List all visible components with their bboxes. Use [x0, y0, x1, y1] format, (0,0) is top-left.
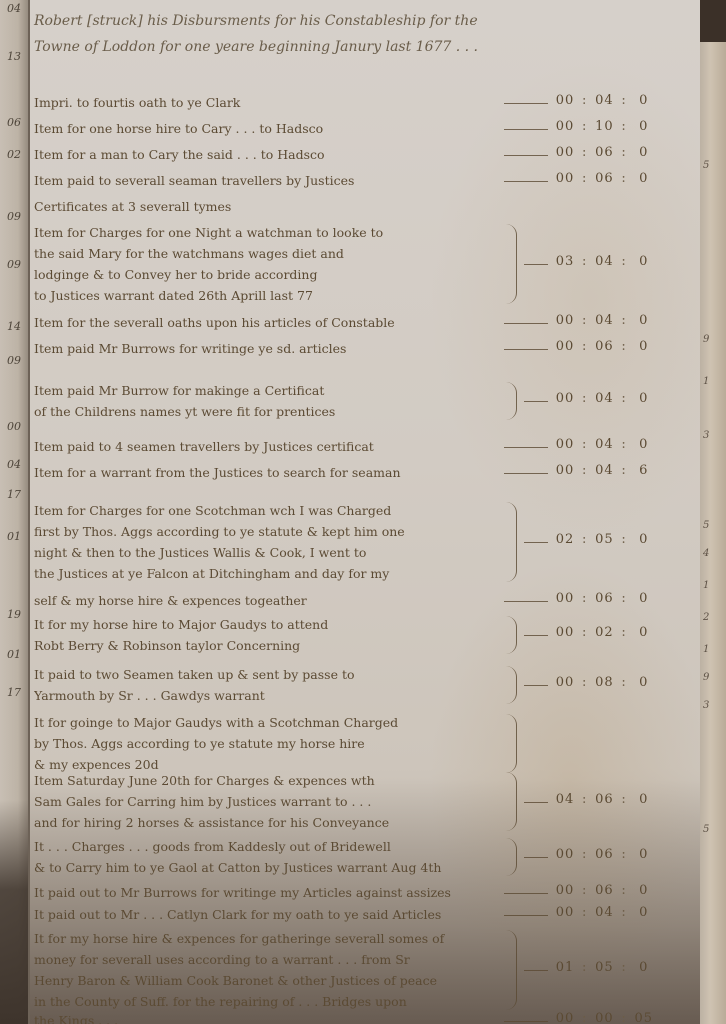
amount-separator: : [621, 463, 626, 478]
amount-separator: : [582, 254, 587, 269]
entry-line: Impri. to fourtis oath to ye Clark [34, 92, 504, 113]
entry-amount: 00:10:0 [554, 119, 694, 134]
edge-mark: 5 [703, 160, 725, 171]
entry-line: the said Mary for the watchmans wages di… [34, 243, 504, 264]
edge-mark: 1 [703, 644, 725, 655]
pence-value: 0 [633, 254, 655, 269]
entry-line: first by Thos. Aggs according to ye stat… [34, 521, 504, 542]
leader-line [524, 857, 548, 858]
entry-line: It paid out to Mr Burrows for writinge m… [34, 882, 504, 903]
leader-line [524, 542, 548, 543]
entry-line: Henry Baron & William Cook Baronet & oth… [34, 970, 504, 991]
amount-separator: : [582, 883, 587, 898]
amount-separator: : [621, 625, 626, 640]
leader-line [504, 447, 548, 448]
entry-amount: 00:06:0 [554, 591, 694, 606]
shillings-value: 02 [593, 625, 615, 640]
entry-text: It paid to two Seamen taken up & sent by… [34, 664, 504, 706]
shillings-value: 08 [593, 675, 615, 690]
amount-separator: : [582, 93, 587, 108]
amount-separator: : [621, 883, 626, 898]
amount-separator: : [621, 792, 626, 807]
pence-value: 0 [633, 847, 655, 862]
shillings-value: 05 [593, 960, 615, 975]
edge-mark: 1 [703, 580, 725, 591]
shillings-value: 06 [593, 339, 615, 354]
entry-amount: 02:05:0 [554, 532, 694, 547]
pounds-value: 02 [554, 532, 576, 547]
margin-number: 19 [2, 608, 26, 621]
entry-line: It . . . Charges . . . goods from Kaddes… [34, 836, 504, 857]
shillings-value: 04 [593, 313, 615, 328]
entry-amount: 00:06:0 [554, 847, 694, 862]
leader-line [504, 1021, 548, 1022]
entry-text: It paid out to Mr Burrows for writinge m… [34, 882, 504, 903]
entry-line: Item Saturday June 20th for Charges & ex… [34, 770, 504, 791]
entry-amount: 00:04:0 [554, 437, 694, 452]
pence-value: 0 [633, 171, 655, 186]
pence-value: 0 [633, 437, 655, 452]
amount-separator: : [621, 145, 626, 160]
amount-separator: : [621, 905, 626, 920]
entry-text: Impri. to fourtis oath to ye Clark [34, 92, 504, 113]
leader-line [524, 401, 548, 402]
shillings-value: 06 [593, 171, 615, 186]
entry-amount: 00:04:6 [554, 463, 694, 478]
entry-text: Item paid Mr Burrow for makinge a Certif… [34, 380, 504, 422]
pounds-value: 00 [554, 171, 576, 186]
leader-line [504, 323, 548, 324]
edge-mark: 9 [703, 334, 725, 345]
leader-line [524, 685, 548, 686]
entry-text: Item for the severall oaths upon his art… [34, 312, 504, 333]
entry-line: Yarmouth by Sr . . . Gawdys warrant [34, 685, 504, 706]
amount-separator: : [621, 847, 626, 862]
margin-number: 09 [2, 354, 26, 367]
margin-number: 17 [2, 686, 26, 699]
entry-amount: 00:04:0 [554, 391, 694, 406]
entry-line: and for hiring 2 horses & assistance for… [34, 812, 504, 833]
pounds-value: 00 [554, 391, 576, 406]
pounds-value: 01 [554, 960, 576, 975]
leader-line [504, 473, 548, 474]
entry-line: self & my horse hire & expences togeathe… [34, 590, 504, 611]
shillings-value: 04 [593, 391, 615, 406]
leader-line [504, 155, 548, 156]
entry-line: lodginge & to Convey her to bride accord… [34, 264, 504, 285]
amount-separator: : [621, 591, 626, 606]
leader-line [504, 181, 548, 182]
brace [506, 616, 517, 654]
entry-text: the Kings . . . [34, 1010, 504, 1024]
entry-line: Item paid to 4 seamen travellers by Just… [34, 436, 504, 457]
margin-number: 01 [2, 648, 26, 661]
pounds-value: 00 [554, 625, 576, 640]
entry-amount: 03:04:0 [554, 254, 694, 269]
entry-text: It . . . Charges . . . goods from Kaddes… [34, 836, 504, 878]
pence-value: 0 [633, 532, 655, 547]
shillings-value: 06 [593, 792, 615, 807]
edge-mark: 9 [703, 672, 725, 683]
entry-line: Certificates at 3 severall tymes [34, 196, 504, 217]
margin-number: 04 [2, 2, 26, 15]
entry-amount: 00:06:0 [554, 339, 694, 354]
pounds-value: 00 [554, 591, 576, 606]
entry-line: It for goinge to Major Gaudys with a Sco… [34, 712, 504, 733]
entry-amount: 00:06:0 [554, 145, 694, 160]
shillings-value: 10 [593, 119, 615, 134]
edge-mark: 5 [703, 520, 725, 531]
leader-line [524, 635, 548, 636]
entry-line: Item for the severall oaths upon his art… [34, 312, 504, 333]
amount-separator: : [582, 905, 587, 920]
amount-separator: : [621, 339, 626, 354]
entry-text: Item Saturday June 20th for Charges & ex… [34, 770, 504, 833]
entry-text: It paid out to Mr . . . Catlyn Clark for… [34, 904, 504, 925]
shillings-value: 06 [593, 145, 615, 160]
amount-separator: : [582, 391, 587, 406]
amount-separator: : [582, 532, 587, 547]
pence-value: 0 [633, 591, 655, 606]
leader-line [524, 802, 548, 803]
entry-line: It paid to two Seamen taken up & sent by… [34, 664, 504, 685]
entry-text: Item for Charges for one Night a watchma… [34, 222, 504, 306]
pounds-value: 00 [554, 93, 576, 108]
amount-separator: : [582, 960, 587, 975]
margin-number: 01 [2, 530, 26, 543]
edge-mark: 3 [703, 430, 725, 441]
entry-amount: 00:06:0 [554, 171, 694, 186]
pounds-value: 00 [554, 883, 576, 898]
brace [506, 714, 517, 773]
brace [506, 502, 517, 582]
entry-line: Sam Gales for Carring him by Justices wa… [34, 791, 504, 812]
brace [506, 838, 517, 876]
pounds-value: 00 [554, 847, 576, 862]
margin-number: 09 [2, 258, 26, 271]
entry-amount: 00:00:05 [554, 1011, 694, 1024]
shillings-value: 06 [593, 883, 615, 898]
entry-line: Item for a warrant from the Justices to … [34, 462, 504, 483]
amount-separator: : [621, 675, 626, 690]
edge-mark: 3 [703, 700, 725, 711]
entry-amount: 00:06:0 [554, 883, 694, 898]
margin-number: 09 [2, 210, 26, 223]
leader-line [504, 915, 548, 916]
entry-line: It paid out to Mr . . . Catlyn Clark for… [34, 904, 504, 925]
entry-text: Item for a man to Cary the said . . . to… [34, 144, 504, 165]
entry-text: Certificates at 3 severall tymes [34, 196, 504, 217]
entry-text: Item paid Mr Burrows for writinge ye sd.… [34, 338, 504, 359]
amount-separator: : [621, 960, 626, 975]
amount-separator: : [582, 145, 587, 160]
entry-line: in the County of Suff. for the repairing… [34, 991, 504, 1012]
left-margin-numbers: 041306020909140900041701190117 [2, 0, 26, 1024]
amount-separator: : [582, 792, 587, 807]
entry-line: the Kings . . . [34, 1010, 504, 1024]
entry-text: It for my horse hire to Major Gaudys to … [34, 614, 504, 656]
edge-mark: 4 [703, 548, 725, 559]
margin-number: 04 [2, 458, 26, 471]
pence-value: 6 [633, 463, 655, 478]
shillings-value: 04 [593, 93, 615, 108]
pounds-value: 00 [554, 905, 576, 920]
entry-line: It for my horse hire & expences for gath… [34, 928, 504, 949]
entry-text: It for goinge to Major Gaudys with a Sco… [34, 712, 504, 775]
amount-separator: : [621, 171, 626, 186]
entry-line: to Justices warrant dated 26th Aprill la… [34, 285, 504, 306]
leader-line [504, 349, 548, 350]
amount-separator: : [621, 254, 626, 269]
brace [506, 382, 517, 420]
shillings-value: 04 [593, 254, 615, 269]
pence-value: 0 [633, 313, 655, 328]
pounds-value: 00 [554, 437, 576, 452]
entry-amount: 00:02:0 [554, 625, 694, 640]
pence-value: 0 [633, 675, 655, 690]
entry-text: self & my horse hire & expences togeathe… [34, 590, 504, 611]
amount-separator: : [621, 532, 626, 547]
leader-line [504, 601, 548, 602]
pounds-value: 00 [554, 313, 576, 328]
pence-value: 0 [633, 391, 655, 406]
entry-line: night & then to the Justices Wallis & Co… [34, 542, 504, 563]
amount-separator: : [621, 93, 626, 108]
amount-separator: : [582, 313, 587, 328]
entry-text: Item for a warrant from the Justices to … [34, 462, 504, 483]
amount-separator: : [621, 119, 626, 134]
entry-line: Item for a man to Cary the said . . . to… [34, 144, 504, 165]
entry-text: Item paid to severall seaman travellers … [34, 170, 504, 191]
pounds-value: 00 [554, 675, 576, 690]
brace [506, 930, 517, 1010]
entry-line: & to Carry him to ye Gaol at Catton by J… [34, 857, 504, 878]
entry-line: Robt Berry & Robinson taylor Concerning [34, 635, 504, 656]
pounds-value: 00 [554, 145, 576, 160]
brace [506, 666, 517, 704]
brace [506, 224, 517, 304]
pounds-value: 00 [554, 339, 576, 354]
pence-value: 0 [633, 960, 655, 975]
leader-line [504, 103, 548, 104]
shillings-value: 04 [593, 437, 615, 452]
entry-amount: 00:04:0 [554, 313, 694, 328]
entry-line: Item paid Mr Burrows for writinge ye sd.… [34, 338, 504, 359]
edge-mark: 2 [703, 612, 725, 623]
brace [506, 772, 517, 831]
pence-value: 0 [633, 145, 655, 160]
account-entries: Impri. to fourtis oath to ye Clark00:04:… [34, 0, 694, 1024]
margin-number: 14 [2, 320, 26, 333]
entry-line: It for my horse hire to Major Gaudys to … [34, 614, 504, 635]
right-margin-marks: 591354121935 [703, 0, 725, 1024]
margin-number: 00 [2, 420, 26, 433]
shillings-value: 04 [593, 905, 615, 920]
entry-line: Item paid Mr Burrow for makinge a Certif… [34, 380, 504, 401]
edge-mark: 5 [703, 824, 725, 835]
entry-text: Item for Charges for one Scotchman wch I… [34, 500, 504, 584]
entry-amount: 00:04:0 [554, 93, 694, 108]
entry-line: Item for Charges for one Night a watchma… [34, 222, 504, 243]
entry-line: by Thos. Aggs according to ye statute my… [34, 733, 504, 754]
amount-separator: : [582, 119, 587, 134]
shillings-value: 06 [593, 847, 615, 862]
pounds-value: 04 [554, 792, 576, 807]
entry-text: It for my horse hire & expences for gath… [34, 928, 504, 1012]
amount-separator: : [621, 1011, 626, 1024]
amount-separator: : [621, 437, 626, 452]
edge-mark: 1 [703, 376, 725, 387]
pounds-value: 00 [554, 463, 576, 478]
shillings-value: 05 [593, 532, 615, 547]
amount-separator: : [621, 313, 626, 328]
entry-line: of the Childrens names yt were fit for p… [34, 401, 504, 422]
entry-line: Item for one horse hire to Cary . . . to… [34, 118, 504, 139]
margin-number: 13 [2, 50, 26, 63]
amount-separator: : [582, 339, 587, 354]
amount-separator: : [582, 463, 587, 478]
leader-line [504, 893, 548, 894]
pence-value: 0 [633, 883, 655, 898]
amount-separator: : [621, 391, 626, 406]
amount-separator: : [582, 625, 587, 640]
amount-separator: : [582, 847, 587, 862]
entry-line: money for severall uses according to a w… [34, 949, 504, 970]
pence-value: 0 [633, 905, 655, 920]
shillings-value: 06 [593, 591, 615, 606]
pounds-value: 03 [554, 254, 576, 269]
margin-number: 06 [2, 116, 26, 129]
pounds-value: 00 [554, 119, 576, 134]
entry-line: the Justices at ye Falcon at Ditchingham… [34, 563, 504, 584]
entry-text: Item for one horse hire to Cary . . . to… [34, 118, 504, 139]
margin-number: 17 [2, 488, 26, 501]
amount-separator: : [582, 1011, 587, 1024]
entry-amount: 00:08:0 [554, 675, 694, 690]
leader-line [524, 264, 548, 265]
amount-separator: : [582, 675, 587, 690]
pence-value: 0 [633, 119, 655, 134]
entry-line: Item paid to severall seaman travellers … [34, 170, 504, 191]
entry-amount: 04:06:0 [554, 792, 694, 807]
amount-separator: : [582, 171, 587, 186]
pence-value: 0 [633, 792, 655, 807]
entry-amount: 00:04:0 [554, 905, 694, 920]
pence-value: 05 [633, 1011, 655, 1024]
leader-line [524, 970, 548, 971]
margin-number: 02 [2, 148, 26, 161]
shillings-value: 00 [593, 1011, 615, 1024]
pence-value: 0 [633, 93, 655, 108]
amount-separator: : [582, 591, 587, 606]
pence-value: 0 [633, 625, 655, 640]
entry-line: Item for Charges for one Scotchman wch I… [34, 500, 504, 521]
entry-text: Item paid to 4 seamen travellers by Just… [34, 436, 504, 457]
pounds-value: 00 [554, 1011, 576, 1024]
leader-line [504, 129, 548, 130]
pence-value: 0 [633, 339, 655, 354]
amount-separator: : [582, 437, 587, 452]
shillings-value: 04 [593, 463, 615, 478]
entry-amount: 01:05:0 [554, 960, 694, 975]
